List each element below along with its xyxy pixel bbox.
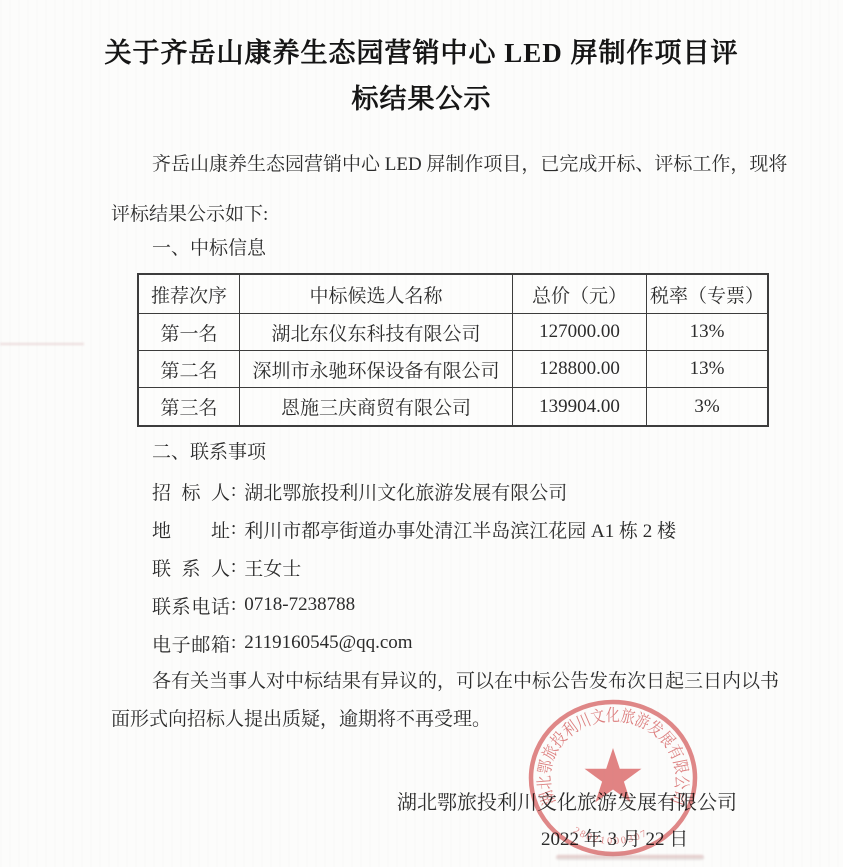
contact-label: 电子邮箱: [152, 630, 230, 657]
contact-label: 地址: [152, 516, 230, 543]
intro-line1: 齐岳山康养生态园营销中心 LED 屏制作项目，已完成开标、评标工作，现将: [152, 153, 787, 177]
table-cell-rank: 第三名: [139, 388, 240, 425]
table-cell-bidder: 深圳市永驰环保设备有限公司: [240, 351, 513, 388]
contact-colon: :: [231, 480, 236, 502]
table-header-taxrate: 税率（专票）: [647, 275, 767, 314]
contact-row-person: 联系人:王女士: [152, 548, 676, 586]
table-header-bidder: 中标候选人名称: [240, 275, 513, 314]
contact-value: 湖北鄂旅投利川文化旅游发展有限公司: [244, 478, 567, 505]
closing-line2: 面形式向招标人提出质疑，逾期将不再受理。: [111, 708, 491, 732]
contact-label: 联系人: [152, 554, 230, 581]
contact-colon: :: [231, 632, 236, 654]
contact-colon: :: [231, 556, 236, 578]
contact-label: 招标人: [152, 478, 230, 505]
company-seal: 湖北鄂旅投利川文化旅游发展有限公司 28021000307: [518, 690, 708, 867]
contact-label: 联系电话: [152, 592, 230, 619]
svg-text:28021000307: 28021000307: [571, 825, 650, 847]
table-cell-bidder: 恩施三庆商贸有限公司: [240, 388, 513, 425]
table-cell-taxrate: 3%: [647, 388, 767, 425]
table-header-price: 总价（元）: [513, 275, 647, 314]
contact-colon: :: [231, 594, 236, 616]
contact-row-email: 电子邮箱:2119160545@qq.com: [152, 624, 676, 662]
contact-value: 王女士: [244, 554, 301, 581]
contact-value: 0718-7238788: [244, 594, 355, 616]
bid-result-table: 推荐次序 中标候选人名称 总价（元） 税率（专票） 第一名 湖北东仪东科技有限公…: [137, 273, 769, 427]
page-title: 关于齐岳山康养生态园营销中心 LED 屏制作项目评 标结果公示: [0, 30, 843, 122]
table-cell-price: 139904.00: [513, 388, 647, 425]
table-header-rank: 推荐次序: [139, 275, 240, 314]
table-cell-rank: 第二名: [139, 351, 240, 388]
section-heading-bid-info: 一、中标信息: [152, 237, 266, 261]
contact-row-phone: 联系电话:0718-7238788: [152, 586, 676, 624]
table-cell-bidder: 湖北东仪东科技有限公司: [240, 314, 513, 351]
table-cell-taxrate: 13%: [647, 314, 767, 351]
table-cell-price: 128800.00: [513, 351, 647, 388]
contact-value: 2119160545@qq.com: [244, 632, 412, 654]
table-cell-rank: 第一名: [139, 314, 240, 351]
table-cell-price: 127000.00: [513, 314, 647, 351]
page-title-line1: 关于齐岳山康养生态园营销中心 LED 屏制作项目评: [0, 30, 843, 76]
intro-line2: 评标结果公示如下:: [111, 203, 268, 227]
contact-row-tenderer: 招标人:湖北鄂旅投利川文化旅游发展有限公司: [152, 472, 676, 510]
contact-value: 利川市都亭街道办事处清江半岛滨江花园 A1 栋 2 楼: [244, 516, 676, 543]
scan-artifact: [0, 343, 84, 345]
contact-row-address: 地址:利川市都亭街道办事处清江半岛滨江花园 A1 栋 2 楼: [152, 510, 676, 548]
page-title-line2: 标结果公示: [0, 76, 843, 122]
contact-list: 招标人:湖北鄂旅投利川文化旅游发展有限公司 地址:利川市都亭街道办事处清江半岛滨…: [152, 472, 676, 662]
table-cell-taxrate: 13%: [647, 351, 767, 388]
star-icon: [585, 748, 642, 802]
announcement-document: 关于齐岳山康养生态园营销中心 LED 屏制作项目评 标结果公示 齐岳山康养生态园…: [0, 0, 843, 867]
contact-colon: :: [231, 518, 236, 540]
section-heading-contact: 二、联系事项: [152, 441, 266, 465]
seal-code-text: 28021000307: [571, 825, 650, 847]
